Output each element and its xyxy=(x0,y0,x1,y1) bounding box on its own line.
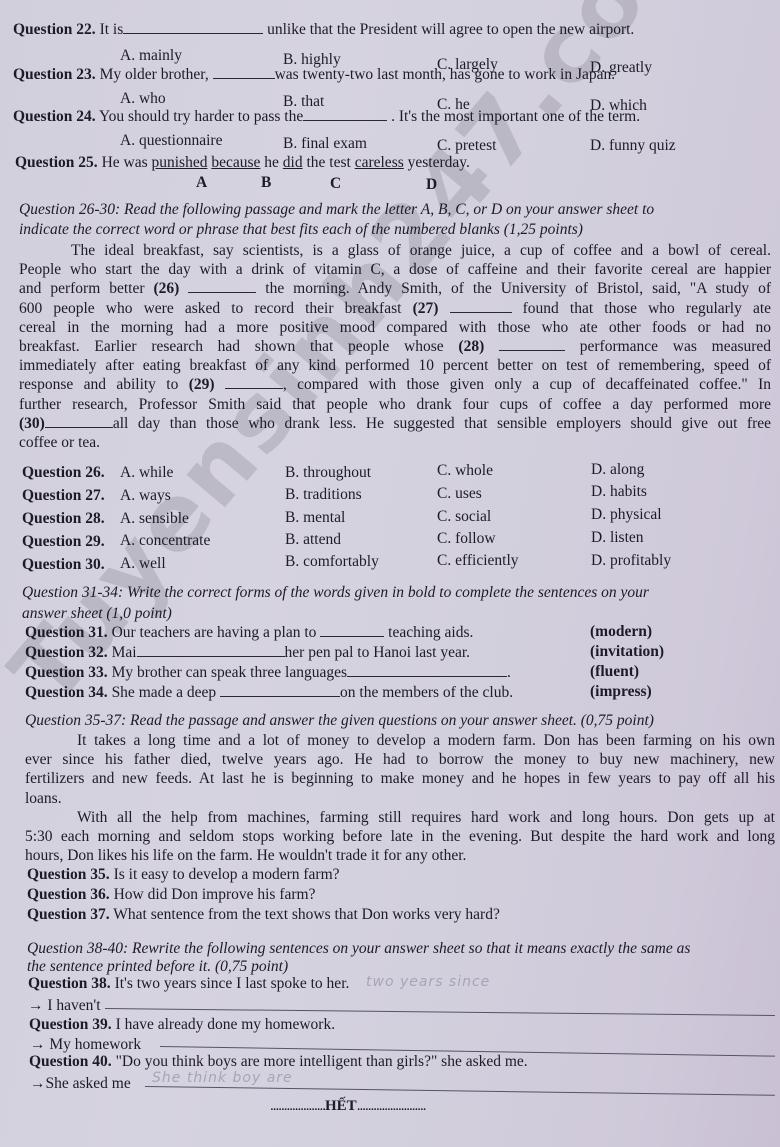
option-b: B. comfortably xyxy=(285,553,379,571)
question-29-label: Question 29. xyxy=(22,533,105,551)
question-38: Question 38. It's two years since I last… xyxy=(28,975,349,993)
answer-blank xyxy=(320,624,384,637)
word-hint: (fluent) xyxy=(590,663,639,681)
option-d: D. physical xyxy=(591,506,662,524)
question-34: Question 34. She made a deep on the memb… xyxy=(25,684,513,702)
question-27-label: Question 27. xyxy=(22,487,105,505)
option-b: B. throughout xyxy=(285,464,371,482)
section-instruction: indicate the correct word or phrase that… xyxy=(19,221,583,239)
underlined-c: did xyxy=(283,154,303,171)
word-hint: (invitation) xyxy=(590,643,664,661)
blank-30 xyxy=(45,415,113,428)
question-36: Question 36. How did Don improve his far… xyxy=(27,886,315,904)
question-22: Question 22. It is unlike that the Presi… xyxy=(13,21,634,39)
question-39: Question 39. I have already done my home… xyxy=(29,1016,335,1034)
option-b: B. traditions xyxy=(285,486,362,504)
answer-line-40[interactable] xyxy=(145,1086,775,1096)
option-b: B. final exam xyxy=(283,135,367,153)
section-instruction: Question 38-40: Rewrite the following se… xyxy=(27,940,690,958)
option-a: A. ways xyxy=(120,487,171,505)
blank-28 xyxy=(499,338,565,351)
handwritten-note: two years since xyxy=(366,974,490,990)
reading-passage: The ideal breakfast, say scientists, is … xyxy=(19,241,771,452)
letter-b: B xyxy=(261,174,271,192)
option-d: D. along xyxy=(591,461,644,479)
option-d: D. funny quiz xyxy=(590,137,676,155)
answer-blank xyxy=(220,684,340,697)
option-c: C. follow xyxy=(437,530,496,548)
option-a: A. questionnaire xyxy=(120,132,222,150)
option-a: A. sensible xyxy=(120,510,189,528)
answer-blank xyxy=(123,21,263,34)
question-31: Question 31. Our teachers are having a p… xyxy=(25,624,473,642)
underlined-d: careless xyxy=(355,154,404,171)
blank-26 xyxy=(188,280,256,293)
farm-passage: It takes a long time and a lot of money … xyxy=(25,731,775,865)
option-d: D. habits xyxy=(591,483,647,501)
underlined-b: because xyxy=(211,154,260,171)
option-c: C. social xyxy=(437,508,491,526)
rewrite-prompt-38: → I haven't xyxy=(28,997,101,1015)
word-hint: (impress) xyxy=(590,683,652,701)
option-a: A. who xyxy=(120,90,166,108)
letter-d: D xyxy=(426,176,437,194)
option-c: C. whole xyxy=(437,462,493,480)
blank-27 xyxy=(450,300,512,313)
answer-blank xyxy=(213,66,275,79)
section-instruction: Question 26-30: Read the following passa… xyxy=(19,201,654,219)
word-hint: (modern) xyxy=(590,623,652,641)
section-instruction: Question 31-34: Write the correct forms … xyxy=(22,584,649,602)
question-label: Question 22. xyxy=(13,21,96,38)
section-instruction: Question 35-37: Read the passage and ans… xyxy=(25,712,654,730)
question-label: Question 24. xyxy=(13,108,96,125)
section-instruction: the sentence printed before it. (0,75 po… xyxy=(27,958,288,976)
question-label: Question 25. xyxy=(15,154,98,171)
option-b: B. attend xyxy=(285,531,341,549)
question-32: Question 32. Maiher pen pal to Hanoi las… xyxy=(25,644,470,662)
answer-blank xyxy=(303,108,387,121)
option-c: C. efficiently xyxy=(437,552,519,570)
option-a: A. while xyxy=(120,464,173,482)
exam-page: Tuyensinh247.com Question 22. It is unli… xyxy=(0,0,780,1147)
underlined-a: punished xyxy=(152,154,208,171)
option-b: B. mental xyxy=(285,509,345,527)
question-24: Question 24. You should try harder to pa… xyxy=(13,108,640,126)
option-a: A. well xyxy=(120,555,166,573)
rewrite-prompt-40: →She asked me xyxy=(30,1075,131,1093)
blank-29 xyxy=(225,376,283,389)
answer-line-38[interactable] xyxy=(105,1008,775,1016)
section-instruction: answer sheet (1,0 point) xyxy=(22,605,172,623)
question-23: Question 23. My older brother, was twent… xyxy=(13,66,615,84)
question-40: Question 40. "Do you think boys are more… xyxy=(29,1053,528,1071)
option-d: D. profitably xyxy=(591,552,671,570)
question-37: Question 37. What sentence from the text… xyxy=(27,906,500,924)
answer-blank xyxy=(347,664,507,677)
question-30-label: Question 30. xyxy=(22,556,105,574)
option-c: C. uses xyxy=(437,485,482,503)
question-33: Question 33. My brother can speak three … xyxy=(25,664,511,682)
option-a: A. concentrate xyxy=(120,532,210,550)
letter-c: C xyxy=(330,175,341,193)
question-label: Question 23. xyxy=(13,66,96,83)
end-marker: ....................HẾT.................… xyxy=(270,1098,425,1115)
question-26-label: Question 26. xyxy=(22,464,105,482)
question-28-label: Question 28. xyxy=(22,510,105,528)
option-c: C. pretest xyxy=(437,137,496,155)
rewrite-prompt-39: → My homework xyxy=(30,1036,141,1054)
handwritten-note: She think boy are xyxy=(152,1070,293,1086)
option-d: D. listen xyxy=(591,529,644,547)
question-35: Question 35. Is it easy to develop a mod… xyxy=(27,866,340,884)
answer-blank xyxy=(137,644,285,657)
question-25: Question 25. He was punished because he … xyxy=(15,154,470,172)
option-a: A. mainly xyxy=(120,47,182,65)
letter-a: A xyxy=(196,174,207,192)
